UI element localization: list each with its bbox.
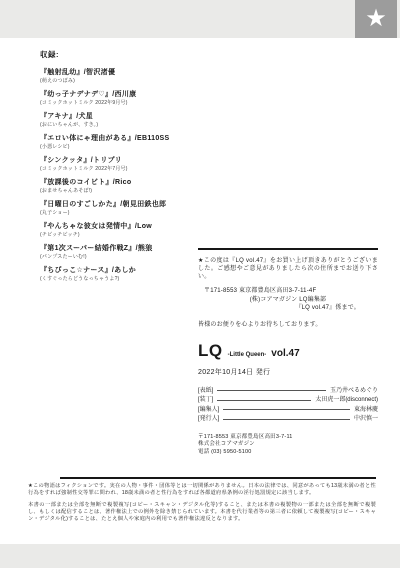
credit-row: [装丁] 太田虎一郎(disconnect) [198, 394, 378, 404]
star-icon: ★ [365, 7, 387, 31]
leader-line [217, 395, 311, 401]
legal-notices: ★この物語はフィクションです。実在の人物・事件・団体等とは一切関係がありません。… [28, 477, 376, 523]
credit-name: 東海林慶 [354, 404, 378, 413]
toc-item: 『アキナ』/犬星 (おにいちゃんが、すき。) [40, 112, 232, 128]
work-note: (小悪レシピ) [40, 144, 232, 150]
work-note: (チビッチビッチ) [40, 232, 232, 238]
credit-name: 玉乃井べるめぐり [330, 385, 378, 394]
divider [60, 477, 376, 479]
work-note: (萌えのつぼみ) [40, 78, 232, 84]
work-title: 『アキナ』/犬星 [40, 112, 232, 121]
toc-heading: 収録: [40, 49, 232, 60]
leader-line [217, 385, 326, 391]
credit-row: [編集人] 東海林慶 [198, 404, 378, 414]
publisher-info: 〒171-8553 東京都豊島区高田3-7-11 株式会社コアマガジン 電話 (… [198, 434, 378, 457]
credit-label: [編集人] [198, 404, 219, 413]
credit-label: [表紙] [198, 385, 213, 394]
leader-line [223, 404, 350, 410]
credit-row: [発行人] 中沢慎一 [198, 413, 378, 423]
colophon-page: 収録: 『触射乱幼』/智沢渚優 (萌えのつぼみ) 『幼っ子ナデナデ♡』/西川康 … [0, 38, 400, 544]
copyright-notice: 本書の一部または全部を無断で複製複写(コピー・スキャン・デジタル化等)すること、… [28, 502, 376, 523]
work-title: 『幼っ子ナデナデ♡』/西川康 [40, 90, 232, 99]
work-title: 『日曜日のすごしかた』/朝見田鉄也郎 [40, 200, 232, 209]
work-note: (丸子ショー) [40, 210, 232, 216]
toc-item: 『日曜日のすごしかた』/朝見田鉄也郎 (丸子ショー) [40, 200, 232, 216]
publisher-address: 〒171-8553 東京都豊島区高田3-7-11 [198, 434, 378, 442]
toc-item: 『幼っ子ナデナデ♡』/西川康 (コミックホットミルク 2022年9月号) [40, 90, 232, 106]
work-title: 『エロい体にゃ理由がある』/EB110SS [40, 134, 232, 143]
toc-item: 『やんちゃな彼女は発情中』/Low (チビッチビッチ) [40, 222, 232, 238]
fiction-disclaimer: ★この物語はフィクションです。実在の人物・事件・団体等とは一切関係がありません。… [28, 483, 376, 497]
publisher-phone: 電話 (03) 5950-5100 [198, 449, 378, 457]
magazine-title: LQ -Little Queen- vol.47 [198, 341, 378, 361]
feedback-address-line: (株)コアマガジン LQ編集部 [198, 296, 378, 305]
magazine-title-sub: -Little Queen- [228, 352, 267, 358]
credit-name: 中沢慎一 [354, 413, 378, 422]
toc-item: 『シンクッタ』/トリプリ (コミックホットミルク 2022年7月号) [40, 156, 232, 172]
publication-date: 2022年10月14日 発行 [198, 367, 378, 377]
credits-list: [表紙] 玉乃井べるめぐり [装丁] 太田虎一郎(disconnect) [編集… [198, 385, 378, 423]
closing-text: 皆様のお便りを心よりお待ちしております。 [198, 319, 378, 328]
credit-label: [装丁] [198, 394, 213, 403]
divider [198, 248, 378, 250]
work-title: 『触射乱幼』/智沢渚優 [40, 68, 232, 77]
toc-item: 『放課後のコイビト』/Rico (おませちゃんあそぼ!) [40, 178, 232, 194]
work-title: 『放課後のコイビト』/Rico [40, 178, 232, 187]
credit-name: 太田虎一郎(disconnect) [315, 394, 378, 403]
feedback-address-line: 〒171-8553 東京都豊島区高田3-7-11-4F [204, 287, 378, 296]
toc-item: 『触射乱幼』/智沢渚優 (萌えのつぼみ) [40, 68, 232, 84]
magazine-volume: vol.47 [271, 348, 299, 359]
reader-thanks-text: ★この度は『LQ vol.47』をお買い上げ頂きありがとうございました。ご感想や… [198, 257, 378, 281]
magazine-title-main: LQ [198, 341, 223, 361]
work-note: (コミックホットミルク 2022年7月号) [40, 166, 232, 172]
colophon-column: ★この度は『LQ vol.47』をお買い上げ頂きありがとうございました。ご感想や… [198, 248, 378, 456]
feedback-address-line: 『LQ vol.47』係まで。 [198, 304, 360, 313]
credit-label: [発行人] [198, 413, 219, 422]
feedback-address: 〒171-8553 東京都豊島区高田3-7-11-4F (株)コアマガジン LQ… [198, 287, 378, 313]
work-title: 『シンクッタ』/トリプリ [40, 156, 232, 165]
work-note: (おにいちゃんが、すき。) [40, 122, 232, 128]
credit-row: [表紙] 玉乃井べるめぐり [198, 385, 378, 395]
toc-item: 『エロい体にゃ理由がある』/EB110SS (小悪レシピ) [40, 134, 232, 150]
work-note: (コミックホットミルク 2022年9月号) [40, 100, 232, 106]
work-title: 『やんちゃな彼女は発情中』/Low [40, 222, 232, 231]
work-note: (おませちゃんあそぼ!) [40, 188, 232, 194]
publisher-name: 株式会社コアマガジン [198, 441, 378, 449]
leader-line [223, 414, 350, 420]
page-corner-tab: ★ [355, 0, 397, 38]
